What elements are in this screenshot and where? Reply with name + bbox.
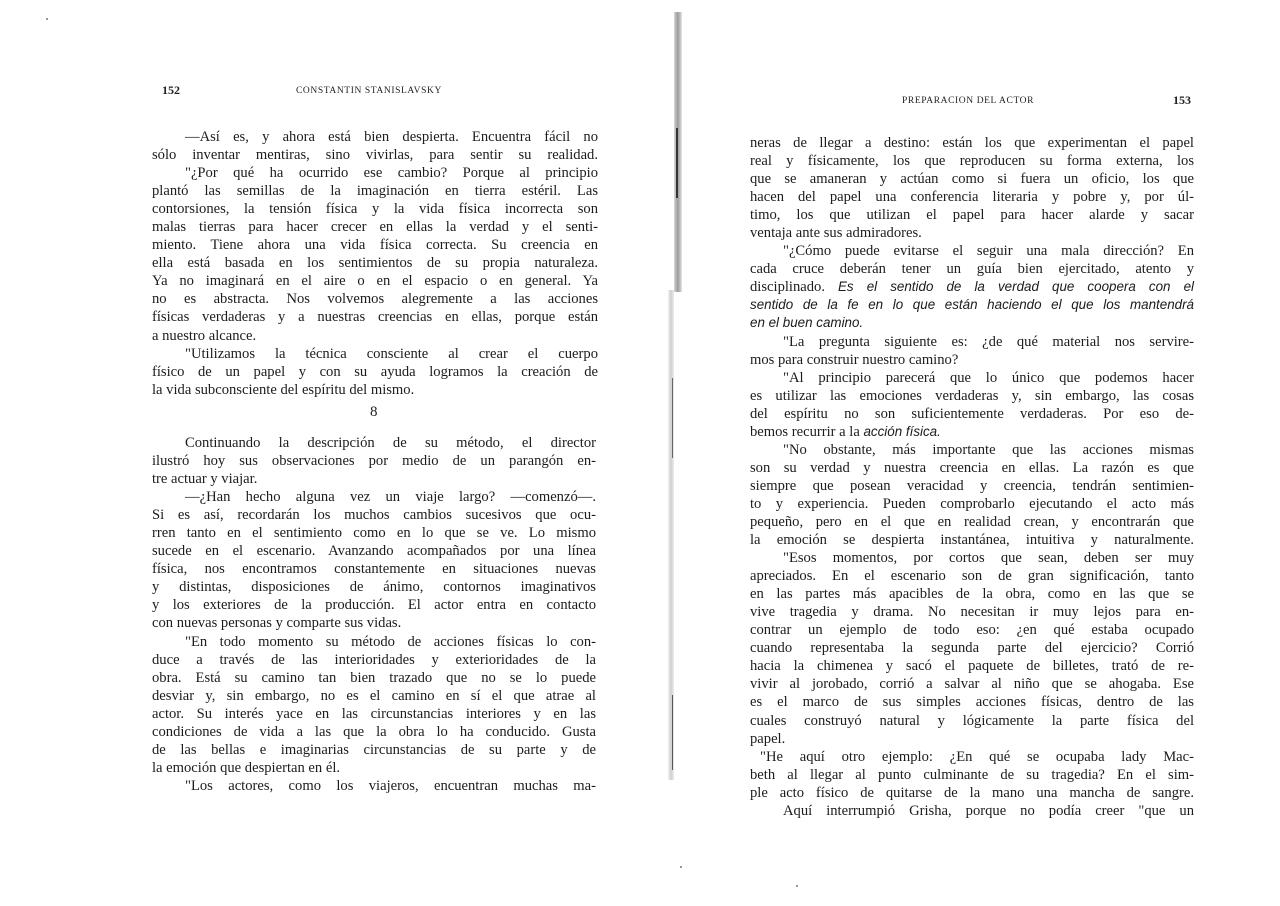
text-line: ilustró hoy sus observaciones por medio … bbox=[152, 452, 596, 470]
text-line: de las bellas e imaginarias circunstanci… bbox=[152, 741, 596, 759]
text-line: actor. Su interés yace en las circunstan… bbox=[152, 705, 596, 723]
text-line: "En todo momento su método de acciones f… bbox=[152, 633, 596, 651]
text-line: duce a través de las interioridades y ex… bbox=[152, 651, 596, 669]
text-line: Aquí interrumpió Grisha, porque no podía… bbox=[750, 802, 1194, 820]
text-line: rren tanto en el sentimiento como en lo … bbox=[152, 524, 596, 542]
text-line: contorsiones, la tensión física y la vid… bbox=[152, 200, 598, 218]
text-line: condiciones de vida a las que la obra lo… bbox=[152, 723, 596, 741]
text-line: ella está basada en los sentimientos de … bbox=[152, 254, 598, 272]
text-line: real y físicamente, los que reproducen s… bbox=[750, 152, 1194, 170]
text-line: pequeño, pero en el que en realidad crea… bbox=[750, 513, 1194, 531]
text-line: "Esos momentos, por cortos que sean, deb… bbox=[750, 549, 1194, 567]
text-line: siempre que posean veracidad y creencia,… bbox=[750, 477, 1194, 495]
text-line: —¿Han hecho alguna vez un viaje largo? —… bbox=[152, 488, 596, 506]
section-number: 8 bbox=[370, 404, 378, 421]
text-line: la emoción que despiertan en él. bbox=[152, 759, 596, 777]
text-line: papel. bbox=[750, 730, 1194, 748]
body-text-right: neras de llegar a destino: están los que… bbox=[750, 134, 1194, 820]
text-line: beth al llegar al punto culminante de su… bbox=[750, 766, 1194, 784]
text-line: hacen del papel una conferencia literari… bbox=[750, 188, 1194, 206]
text-line: vive tragedia y drama. No necesitan ir m… bbox=[750, 603, 1194, 621]
text-line: ple acto físico de quitarse de la mano u… bbox=[750, 784, 1194, 802]
text-line: "¿Cómo puede evitarse el seguir una mala… bbox=[750, 242, 1194, 260]
text-line: ventaja ante sus admiradores. bbox=[750, 224, 1194, 242]
text-line: física, nos encontramos constantemente e… bbox=[152, 560, 596, 578]
text-line: tre actuar y viajar. bbox=[152, 470, 596, 488]
text-line: con nuevas personas y comparte sus vidas… bbox=[152, 614, 596, 632]
text-line: "Los actores, como los viajeros, encuent… bbox=[152, 777, 596, 795]
text-line: en las partes más apacibles de la obra, … bbox=[750, 585, 1194, 603]
text-line: to y experiencia. Pueden comprobarlo eje… bbox=[750, 495, 1194, 513]
text-line: Continuando la descripción de su método,… bbox=[152, 434, 596, 452]
text-line: cuando representaba la segunda parte del… bbox=[750, 639, 1194, 657]
body-text-before-section: —Así es, y ahora está bien despierta. En… bbox=[152, 128, 598, 399]
text-line: "¿Por qué ha ocurrido ese cambio? Porque… bbox=[152, 164, 598, 182]
text-line: la emoción se despierta instantánea, int… bbox=[750, 531, 1194, 549]
text-line: —Así es, y ahora está bien despierta. En… bbox=[152, 128, 598, 146]
text-line: la vida subconsciente del espíritu del m… bbox=[152, 381, 598, 399]
text-line: es utilizar las emociones verdaderas y, … bbox=[750, 387, 1194, 405]
italic-text: acción física. bbox=[863, 424, 940, 439]
text-line: apreciados. En el escenario son de gran … bbox=[750, 567, 1194, 585]
body-text-after-section: Continuando la descripción de su método,… bbox=[152, 434, 596, 795]
text-line: mos para construir nuestro camino? bbox=[750, 351, 1194, 369]
text-line: neras de llegar a destino: están los que… bbox=[750, 134, 1194, 152]
text-line: sucede en el escenario. Avanzando acompa… bbox=[152, 542, 596, 560]
text-line: físicas verdaderas y a nuestras creencia… bbox=[152, 308, 598, 326]
right-page: PREPARACION DEL ACTOR 153 neras de llega… bbox=[640, 0, 1280, 906]
text-line: a nuestro alcance. bbox=[152, 327, 598, 345]
text-line: timo, los que utilizan el papel para hac… bbox=[750, 206, 1194, 224]
plain-text: disciplinado. bbox=[750, 279, 838, 295]
plain-text: bemos recurrir a la bbox=[750, 424, 863, 440]
text-line: desviar y, sin embargo, no es el camino … bbox=[152, 687, 596, 705]
text-line: en el buen camino. bbox=[750, 314, 1194, 332]
text-line: miento. Tiene ahora una vida física corr… bbox=[152, 236, 598, 254]
running-head-right: PREPARACION DEL ACTOR bbox=[902, 96, 1034, 106]
italic-text: sentido de la fe en lo que están haciend… bbox=[750, 297, 1194, 312]
italic-text: en el buen camino. bbox=[750, 315, 863, 330]
text-line: "Al principio parecerá que lo único que … bbox=[750, 369, 1194, 387]
text-line: contrar un ejemplo de todo eso: ¿en qué … bbox=[750, 621, 1194, 639]
text-line: y distintas, disposiciones de ánimo, con… bbox=[152, 578, 596, 596]
text-line: plantó las semillas de la imaginación en… bbox=[152, 182, 598, 200]
left-page: 152 CONSTANTIN STANISLAVSKY —Así es, y a… bbox=[0, 0, 640, 906]
text-line: "Utilizamos la técnica consciente al cre… bbox=[152, 345, 598, 363]
italic-text: Es el sentido de la verdad que coopera c… bbox=[838, 279, 1194, 294]
running-head-left: CONSTANTIN STANISLAVSKY bbox=[296, 86, 442, 96]
text-line: bemos recurrir a la acción física. bbox=[750, 423, 1194, 441]
text-line: vivir al jorobado, corrió a salvar al ni… bbox=[750, 675, 1194, 693]
text-line: sólo inventar mentiras, sino vivirlas, p… bbox=[152, 146, 598, 164]
text-line: físico de un papel y con su ayuda logram… bbox=[152, 363, 598, 381]
text-line: cuales construyó natural y lógicamente l… bbox=[750, 712, 1194, 730]
text-line: son su verdad y nuestra creencia en ella… bbox=[750, 459, 1194, 477]
text-line: disciplinado. Es el sentido de la verdad… bbox=[750, 278, 1194, 296]
text-line: Ya no imaginará en el aire o en el espac… bbox=[152, 272, 598, 290]
text-line: cada cruce deberán tener un guía bien ej… bbox=[750, 260, 1194, 278]
text-line: del espíritu no son suficientemente verd… bbox=[750, 405, 1194, 423]
text-line: hacia la chimenea y sacó el paquete de b… bbox=[750, 657, 1194, 675]
text-line: "La pregunta siguiente es: ¿de qué mater… bbox=[750, 333, 1194, 351]
text-line: es el marco de sus simples acciones físi… bbox=[750, 693, 1194, 711]
text-line: malas tierras para hacer crecer en ellas… bbox=[152, 218, 598, 236]
text-line: Si es así, recordarán los muchos cambios… bbox=[152, 506, 596, 524]
text-line: que se amaneran y actúan como si fuera u… bbox=[750, 170, 1194, 188]
text-line: "He aquí otro ejemplo: ¿En qué se ocupab… bbox=[750, 748, 1194, 766]
page-number-right: 153 bbox=[1173, 93, 1191, 108]
text-line: obra. Está su camino tan bien trazado qu… bbox=[152, 669, 596, 687]
text-line: no es abstracta. Nos volvemos alegrement… bbox=[152, 290, 598, 308]
text-line: "No obstante, más importante que las acc… bbox=[750, 441, 1194, 459]
text-line: sentido de la fe en lo que están haciend… bbox=[750, 296, 1194, 314]
page-number-left: 152 bbox=[162, 83, 180, 98]
text-line: y los exteriores de la producción. El ac… bbox=[152, 596, 596, 614]
scan-speck bbox=[46, 18, 48, 20]
